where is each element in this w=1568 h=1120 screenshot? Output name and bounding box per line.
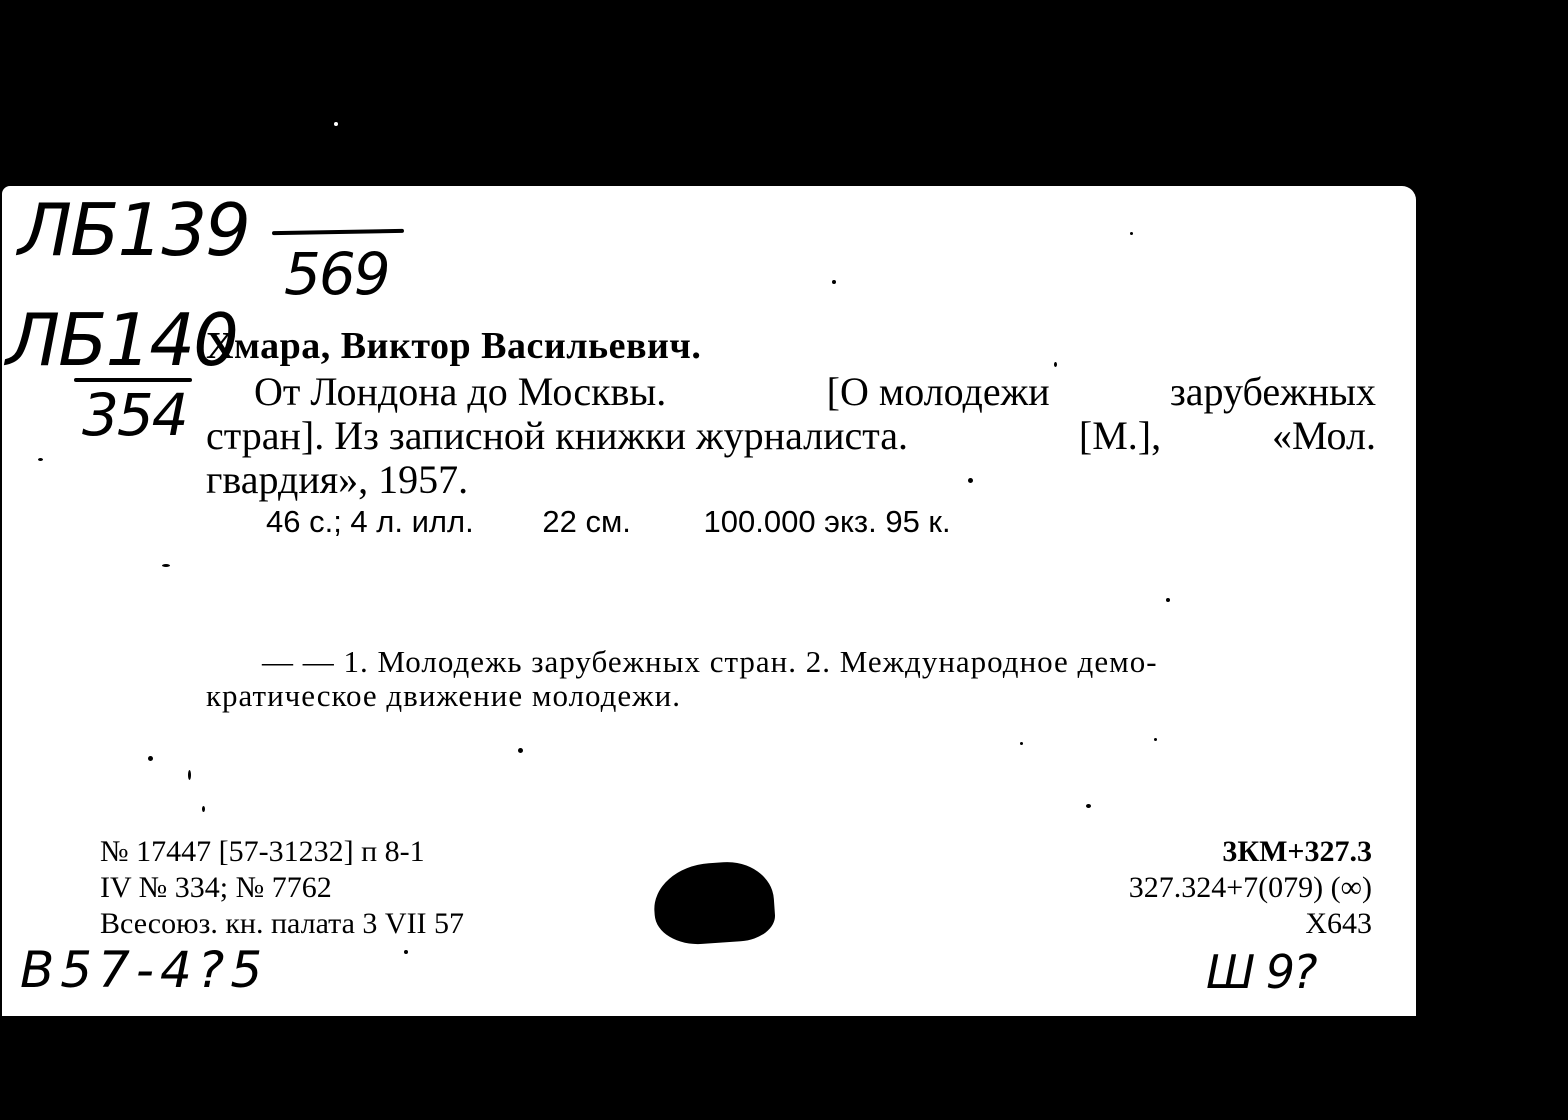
imprint-publisher-year: гвардия», 1957. (206, 457, 468, 502)
shelfmark-code-1: ЛБ139 (18, 190, 249, 270)
ink-blot (651, 859, 776, 947)
handwritten-note: Ш 9? (1206, 944, 1316, 1000)
title-line-2: стран]. Из записной книжки журналиста. [… (206, 414, 1376, 458)
dust-speck (162, 564, 170, 567)
classification-2: 327.324+7(079) (∞) (1129, 870, 1372, 906)
dust-speck (1086, 804, 1091, 808)
dust-speck (1130, 232, 1133, 235)
subject-headings-line-1: — — 1. Молодежь зарубежных стран. 2. Меж… (262, 644, 1158, 680)
title-segment: [О молодежи (827, 370, 1050, 414)
title-segment: От Лондона до Москвы. (254, 370, 666, 414)
imprint-publisher: «Мол. (1272, 414, 1376, 458)
subject-headings-line-2: кратическое движение молодежи. (206, 678, 681, 714)
handwritten-accession-number: В57-4?5 (20, 940, 268, 1000)
dust-speck (188, 770, 191, 780)
classification-1: 3КМ+327.3 (1222, 834, 1372, 870)
dust-speck (1054, 362, 1057, 367)
library-catalog-card: ЛБ139 569 ЛБ140 354 Хмара, Виктор Василь… (2, 186, 1416, 1016)
footer-registration-1: № 17447 [57-31232] п 8-1 (100, 834, 425, 870)
print-run-price: 100.000 экз. 95 к. (704, 504, 951, 539)
dust-speck (334, 122, 338, 126)
dust-speck (832, 280, 836, 284)
shelfmark-number-1: 569 (284, 242, 389, 306)
shelfmark-code-2: ЛБ140 (6, 300, 237, 380)
footer-registration-2: IV № 334; № 7762 (100, 870, 332, 906)
dust-speck (202, 806, 205, 812)
dust-speck (1154, 738, 1157, 741)
shelfmark-fraction-line-1 (272, 229, 404, 235)
dust-speck (968, 478, 973, 483)
shelfmark-number-2: 354 (82, 382, 187, 448)
author-mark: Х643 (1305, 906, 1372, 942)
dust-speck (404, 950, 408, 954)
dimensions: 22 см. (542, 504, 631, 539)
dust-speck (1020, 742, 1023, 745)
footer-book-chamber: Всесоюз. кн. палата 3 VII 57 (100, 906, 464, 942)
dust-speck (148, 756, 153, 761)
dust-speck (1166, 598, 1170, 602)
author-heading: Хмара, Виктор Васильевич. (206, 324, 701, 368)
title-segment: стран]. Из записной книжки журналиста. (206, 414, 908, 458)
dust-speck (518, 748, 523, 753)
imprint-place: [М.], (1079, 414, 1161, 458)
title-segment: зарубежных (1170, 370, 1376, 414)
dust-speck (38, 458, 43, 461)
title-line-3: гвардия», 1957. (206, 458, 468, 502)
pagination: 46 с.; 4 л. илл. (266, 504, 474, 539)
title-line-1: От Лондона до Москвы. [О молодежи зарубе… (254, 370, 1376, 414)
physical-description: 46 с.; 4 л. илл. 22 см. 100.000 экз. 95 … (266, 504, 951, 540)
